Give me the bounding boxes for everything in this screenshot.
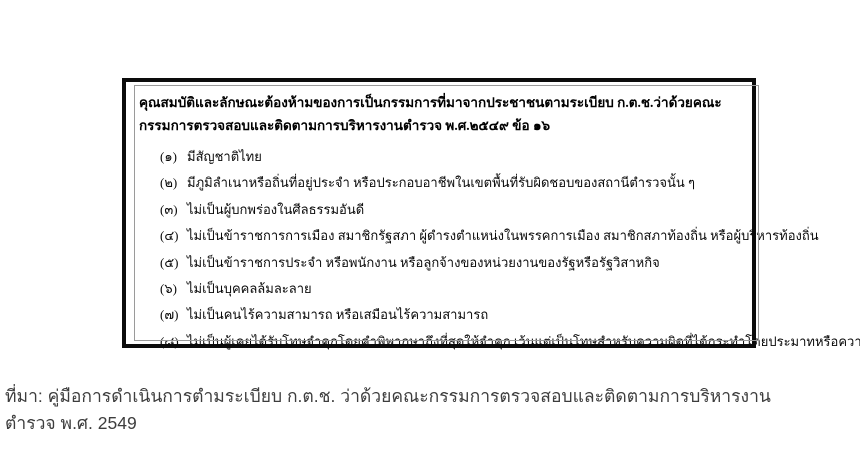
page: { "colors": { "page_background": "#fffff… (0, 0, 860, 451)
list-item: (๗) ไม่เป็นคนไร้ความสามารถ หรือเสมือนไร้… (139, 302, 740, 328)
item-text: ไม่เป็นข้าราชการการเมือง สมาชิกรัฐสภา ผู… (187, 223, 819, 249)
item-text: ไม่เป็นผู้บกพร่องในศีลธรรมอันดี (187, 197, 364, 223)
item-number: (๗) (160, 302, 187, 328)
item-number: (๔) (160, 223, 187, 249)
item-number: (๓) (160, 197, 187, 223)
item-text: ไม่เป็นข้าราชการประจำ หรือพนักงาน หรือลู… (187, 250, 660, 276)
item-number: (๑) (160, 144, 187, 170)
source-citation: ที่มา: คู่มือการดำเนินการตำมระเบียบ ก.ต.… (5, 383, 771, 437)
source-citation-line1: ที่มา: คู่มือการดำเนินการตำมระเบียบ ก.ต.… (5, 383, 771, 410)
list-item: (๑) มีสัญชาติไทย (139, 144, 740, 170)
item-number: (๖) (160, 276, 187, 302)
list-item: (๒) มีภูมิลำเนาหรือถิ่นที่อยู่ประจำ หรือ… (139, 170, 740, 196)
item-text: ไม่เป็นคนไร้ความสามารถ หรือเสมือนไร้ความ… (187, 302, 488, 328)
list-item: (๖) ไม่เป็นบุคคลล้มละลาย (139, 276, 740, 302)
item-number: (๒) (160, 170, 187, 196)
qualification-list: (๑) มีสัญชาติไทย (๒) มีภูมิลำเนาหรือถิ่น… (139, 144, 740, 355)
item-text: มีภูมิลำเนาหรือถิ่นที่อยู่ประจำ หรือประก… (187, 170, 695, 196)
list-item: (๓) ไม่เป็นผู้บกพร่องในศีลธรรมอันดี (139, 197, 740, 223)
list-item: (๕) ไม่เป็นข้าราชการประจำ หรือพนักงาน หร… (139, 250, 740, 276)
list-item: (๔) ไม่เป็นข้าราชการการเมือง สมาชิกรัฐสภ… (139, 223, 740, 249)
regulation-box: คุณสมบัติและลักษณะต้องห้ามของการเป็นกรรม… (122, 78, 756, 348)
box-title: คุณสมบัติและลักษณะต้องห้ามของการเป็นกรรม… (139, 91, 740, 137)
item-text: ไม่เป็นผู้เคยได้รับโทษจำคุกโดยคำพิพากษาถ… (187, 329, 860, 355)
item-number: (๕) (160, 250, 187, 276)
list-item: (๘) ไม่เป็นผู้เคยได้รับโทษจำคุกโดยคำพิพา… (139, 329, 740, 355)
item-text: ไม่เป็นบุคคลล้มละลาย (187, 276, 312, 302)
item-number: (๘) (160, 329, 187, 355)
item-text: มีสัญชาติไทย (187, 144, 262, 170)
source-citation-line2: ตำรวจ พ.ศ. 2549 (5, 410, 771, 437)
